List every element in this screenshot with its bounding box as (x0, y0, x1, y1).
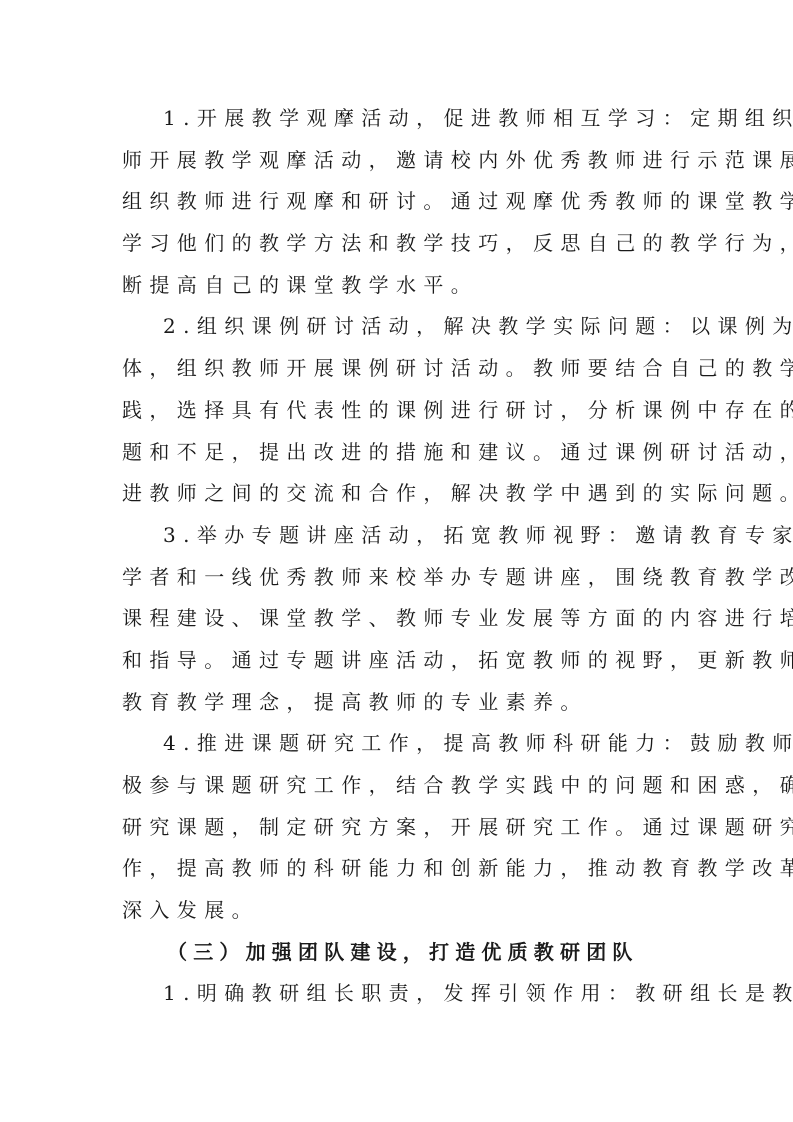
text-line: 教育教学理念，提高教师的专业素养。 (122, 682, 702, 724)
document-page: 1.开展教学观摩活动，促进教师相互学习：定期组织教 师开展教学观摩活动，邀请校内… (0, 0, 793, 1122)
text-line: 2.组织课例研讨活动，解决教学实际问题：以课例为载 (122, 306, 702, 348)
text-line: 断提高自己的课堂教学水平。 (122, 265, 702, 307)
text-line: 4.推进课题研究工作，提高教师科研能力：鼓励教师积 (122, 723, 702, 765)
text-line: 践，选择具有代表性的课例进行研讨，分析课例中存在的问 (122, 390, 702, 432)
text-line: 1.明确教研组长职责，发挥引领作用：教研组长是教研 (122, 973, 702, 1015)
text-line: 1.开展教学观摩活动，促进教师相互学习：定期组织教 (122, 98, 702, 140)
document-body: 1.开展教学观摩活动，促进教师相互学习：定期组织教 师开展教学观摩活动，邀请校内… (122, 98, 702, 1015)
paragraph-case-study-seminars: 2.组织课例研讨活动，解决教学实际问题：以课例为载 体，组织教师开展课例研讨活动… (122, 306, 702, 514)
text-line: 师开展教学观摩活动，邀请校内外优秀教师进行示范课展示， (122, 140, 702, 182)
text-line: 极参与课题研究工作，结合教学实践中的问题和困惑，确定 (122, 765, 702, 807)
text-line: 课程建设、课堂教学、教师专业发展等方面的内容进行培训 (122, 598, 702, 640)
text-line: 组织教师进行观摩和研讨。通过观摩优秀教师的课堂教学， (122, 181, 702, 223)
text-line: 深入发展。 (122, 890, 702, 932)
paragraph-special-lectures: 3.举办专题讲座活动，拓宽教师视野：邀请教育专家、 学者和一线优秀教师来校举办专… (122, 515, 702, 723)
text-line: 进教师之间的交流和合作，解决教学中遇到的实际问题。 (122, 473, 702, 515)
section-heading: （三）加强团队建设，打造优质教研团队 (122, 932, 702, 974)
text-line: 学习他们的教学方法和教学技巧，反思自己的教学行为，不 (122, 223, 702, 265)
text-line: 研究课题，制定研究方案，开展研究工作。通过课题研究工 (122, 807, 702, 849)
text-line: 作，提高教师的科研能力和创新能力，推动教育教学改革的 (122, 848, 702, 890)
text-line: 体，组织教师开展课例研讨活动。教师要结合自己的教学实 (122, 348, 702, 390)
section-heading-team-building: （三）加强团队建设，打造优质教研团队 (122, 932, 702, 974)
paragraph-group-leader-duties: 1.明确教研组长职责，发挥引领作用：教研组长是教研 (122, 973, 702, 1015)
text-line: 学者和一线优秀教师来校举办专题讲座，围绕教育教学改革、 (122, 557, 702, 599)
paragraph-observation-activities: 1.开展教学观摩活动，促进教师相互学习：定期组织教 师开展教学观摩活动，邀请校内… (122, 98, 702, 306)
paragraph-research-projects: 4.推进课题研究工作，提高教师科研能力：鼓励教师积 极参与课题研究工作，结合教学… (122, 723, 702, 931)
text-line: 3.举办专题讲座活动，拓宽教师视野：邀请教育专家、 (122, 515, 702, 557)
text-line: 题和不足，提出改进的措施和建议。通过课例研讨活动，促 (122, 432, 702, 474)
text-line: 和指导。通过专题讲座活动，拓宽教师的视野，更新教师的 (122, 640, 702, 682)
